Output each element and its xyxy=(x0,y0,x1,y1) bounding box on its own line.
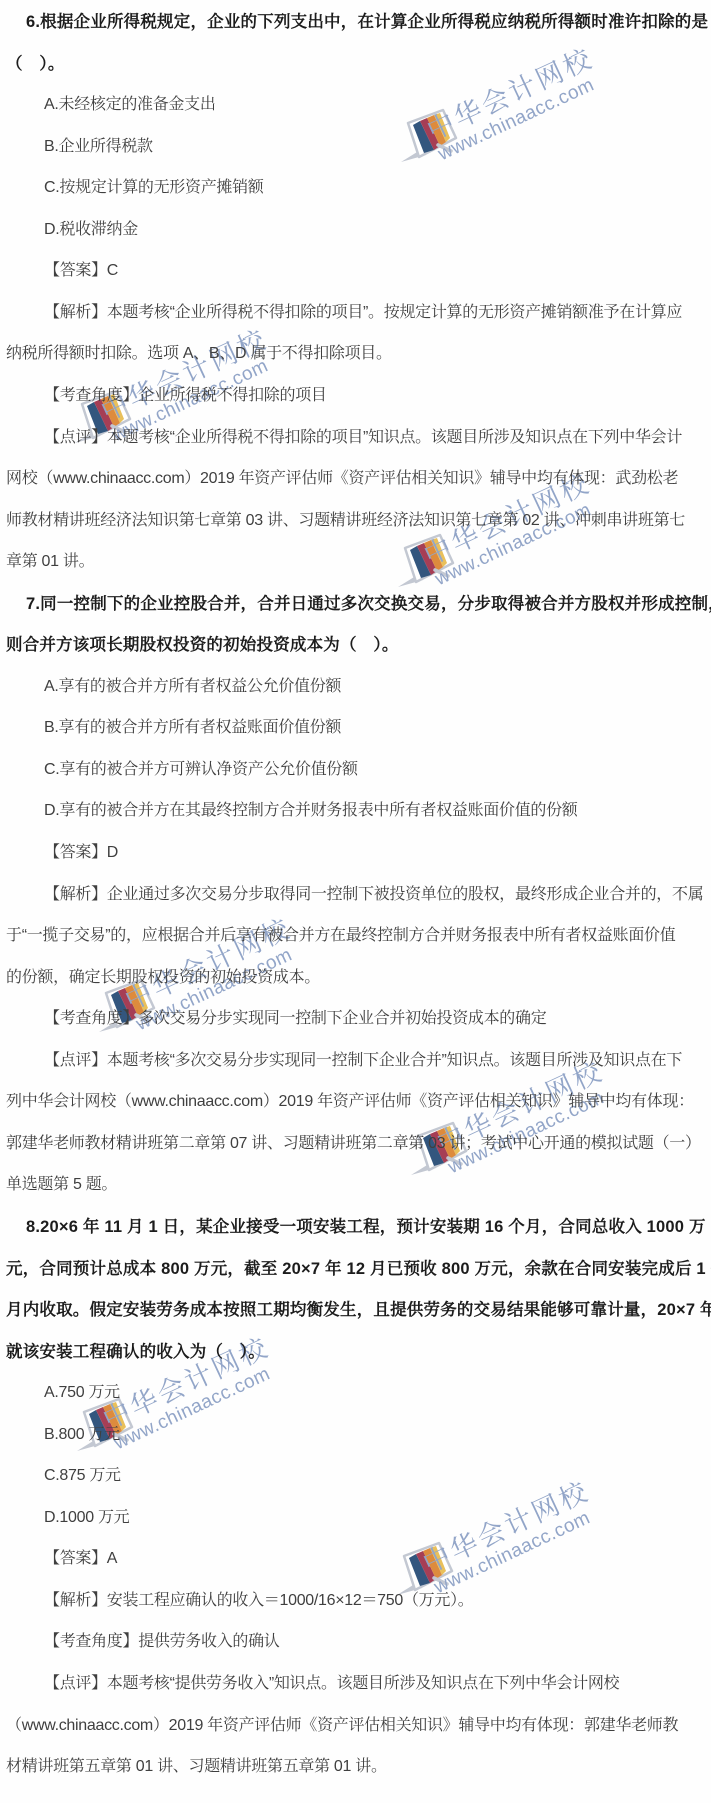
question-8-option-c: C.875 万元 xyxy=(44,1466,121,1486)
question-8-comment-line-2: （www.chinaacc.com）2019 年资产评估师《资产评估相关知识》辅… xyxy=(6,1716,678,1736)
question-7-exam-angle: 【考查角度】多次交易分步实现同一控制下企业合并初始投资成本的确定 xyxy=(44,1009,546,1029)
brand-watermark: 中华会计网校www.chinaacc.com xyxy=(398,19,650,171)
question-8-analysis: 【解析】安装工程应确认的收入＝1000/16×12＝750（万元）。 xyxy=(44,1591,473,1611)
chinaacc-logo-icon xyxy=(394,1536,458,1598)
question-7-answer: 【答案】D xyxy=(44,843,118,863)
question-6-stem-line-2: （ ）。 xyxy=(6,54,65,75)
question-6-stem-line-1: 6.根据企业所得税规定，企业的下列支出中，在计算企业所得税应纳税所得额时准许扣除… xyxy=(26,12,708,33)
question-6-answer: 【答案】C xyxy=(44,261,118,281)
question-7-comment-line-1: 【点评】本题考核“多次交易分步实现同一控制下企业合并”知识点。该题目所涉及知识点… xyxy=(44,1051,682,1071)
question-6-comment-line-3: 师教材精讲班经济法知识第七章第 03 讲、习题精讲班经济法知识第七章第 02 讲… xyxy=(6,511,685,531)
question-6-analysis-line-2: 纳税所得额时扣除。选项 A、B、D 属于不得扣除项目。 xyxy=(6,344,392,364)
watermark-text: 中华会计网校www.chinaacc.com xyxy=(433,1056,617,1178)
question-8-comment-line-1: 【点评】本题考核“提供劳务收入”知识点。该题目所涉及知识点在下列中华会计网校 xyxy=(44,1674,619,1694)
chinaacc-logo-icon xyxy=(395,528,459,590)
question-8-option-d: D.1000 万元 xyxy=(44,1508,129,1528)
question-6-comment-line-1: 【点评】本题考核“企业所得税不得扣除的项目”知识点。该题目所涉及知识点在下列中华… xyxy=(44,428,682,448)
question-8-comment-line-3: 材精讲班第五章第 01 讲、习题精讲班第五章第 01 讲。 xyxy=(6,1757,387,1777)
watermark-brand-name: 中华会计网校 xyxy=(97,324,272,426)
question-7-comment-line-4: 单选题第 5 题。 xyxy=(6,1175,117,1195)
question-7-option-d: D.享有的被合并方在其最终控制方合并财务报表中所有者权益账面价值的份额 xyxy=(44,801,578,821)
watermark-brand-name: 中华会计网校 xyxy=(419,1476,594,1578)
question-7-analysis-line-1: 【解析】企业通过多次交易分步取得同一控制下被投资单位的股权，最终形成企业合并的，… xyxy=(44,885,703,905)
question-7-comment-line-3: 郭建华老师教材精讲班第二章第 07 讲、习题精讲班第二章第 03 讲；考试中心开… xyxy=(6,1134,701,1154)
watermark-brand-name: 中华会计网校 xyxy=(423,43,598,145)
question-7-analysis-line-3: 的份额，确定长期股权投资的初始投资成本。 xyxy=(6,968,320,988)
watermark-site-url: www.chinaacc.com xyxy=(432,1504,604,1598)
watermark-text: 中华会计网校www.chinaacc.com xyxy=(419,1476,603,1598)
question-7-stem-line-2: 则合并方该项长期股权投资的初始投资成本为（ ）。 xyxy=(6,635,399,656)
question-8-stem-line-4: 就该安装工程确认的收入为（ ）。 xyxy=(6,1342,265,1363)
question-7-option-c: C.享有的被合并方可辨认净资产公允价值份额 xyxy=(44,760,358,780)
question-7-comment-line-2: 列中华会计网校（www.chinaacc.com）2019 年资产评估师《资产评… xyxy=(6,1092,694,1112)
watermark-site-url: www.chinaacc.com xyxy=(436,71,608,165)
question-8-answer: 【答案】A xyxy=(44,1549,117,1569)
question-6-option-d: D.税收滞纳金 xyxy=(44,220,138,240)
question-7-option-a: A.享有的被合并方所有者权益公允价值份额 xyxy=(44,677,341,697)
brand-watermark: 中华会计网校www.chinaacc.com xyxy=(394,1452,646,1604)
question-6-comment-line-4: 章第 01 讲。 xyxy=(6,552,94,572)
question-6-option-b: B.企业所得税款 xyxy=(44,137,153,157)
question-7-stem-line-1: 7.同一控制下的企业控股合并，合并日通过多次交换交易，分步取得被合并方股权并形成… xyxy=(26,594,711,615)
question-8-option-b: B.800 万元 xyxy=(44,1425,120,1445)
question-6-option-a: A.未经核定的准备金支出 xyxy=(44,95,216,115)
document-page: 中华会计网校www.chinaacc.com中华会计网校www.chinaacc… xyxy=(0,0,711,1803)
question-6-option-c: C.按规定计算的无形资产摊销额 xyxy=(44,178,264,198)
watermark-site-url: www.chinaacc.com xyxy=(112,1360,284,1454)
question-8-stem-line-1: 8.20×6 年 11 月 1 日，某企业接受一项安装工程，预计安装期 16 个… xyxy=(26,1217,706,1238)
question-8-stem-line-3: 月内收取。假定安装劳务成本按照工期均衡发生，且提供劳务的交易结果能够可靠计量，2… xyxy=(6,1300,711,1321)
question-6-exam-angle: 【考查角度】企业所得税不得扣除的项目 xyxy=(44,386,327,406)
question-6-comment-line-2: 网校（www.chinaacc.com）2019 年资产评估师《资产评估相关知识… xyxy=(6,469,678,489)
question-8-stem-line-2: 元，合同预计总成本 800 万元，截至 20×7 年 12 月已预收 800 万… xyxy=(6,1259,711,1280)
watermark-text: 中华会计网校www.chinaacc.com xyxy=(423,43,607,165)
question-6-analysis-line-1: 【解析】本题考核“企业所得税不得扣除的项目”。按规定计算的无形资产摊销额准予在计… xyxy=(44,303,682,323)
chinaacc-logo-icon xyxy=(398,103,462,165)
question-8-option-a: A.750 万元 xyxy=(44,1383,120,1403)
question-7-analysis-line-2: 于“一揽子交易”的，应根据合并后享有被合并方在最终控制方合并财务报表中所有者权益… xyxy=(6,926,675,946)
question-7-option-b: B.享有的被合并方所有者权益账面价值份额 xyxy=(44,718,341,738)
question-8-exam-angle: 【考查角度】提供劳务收入的确认 xyxy=(44,1632,280,1652)
